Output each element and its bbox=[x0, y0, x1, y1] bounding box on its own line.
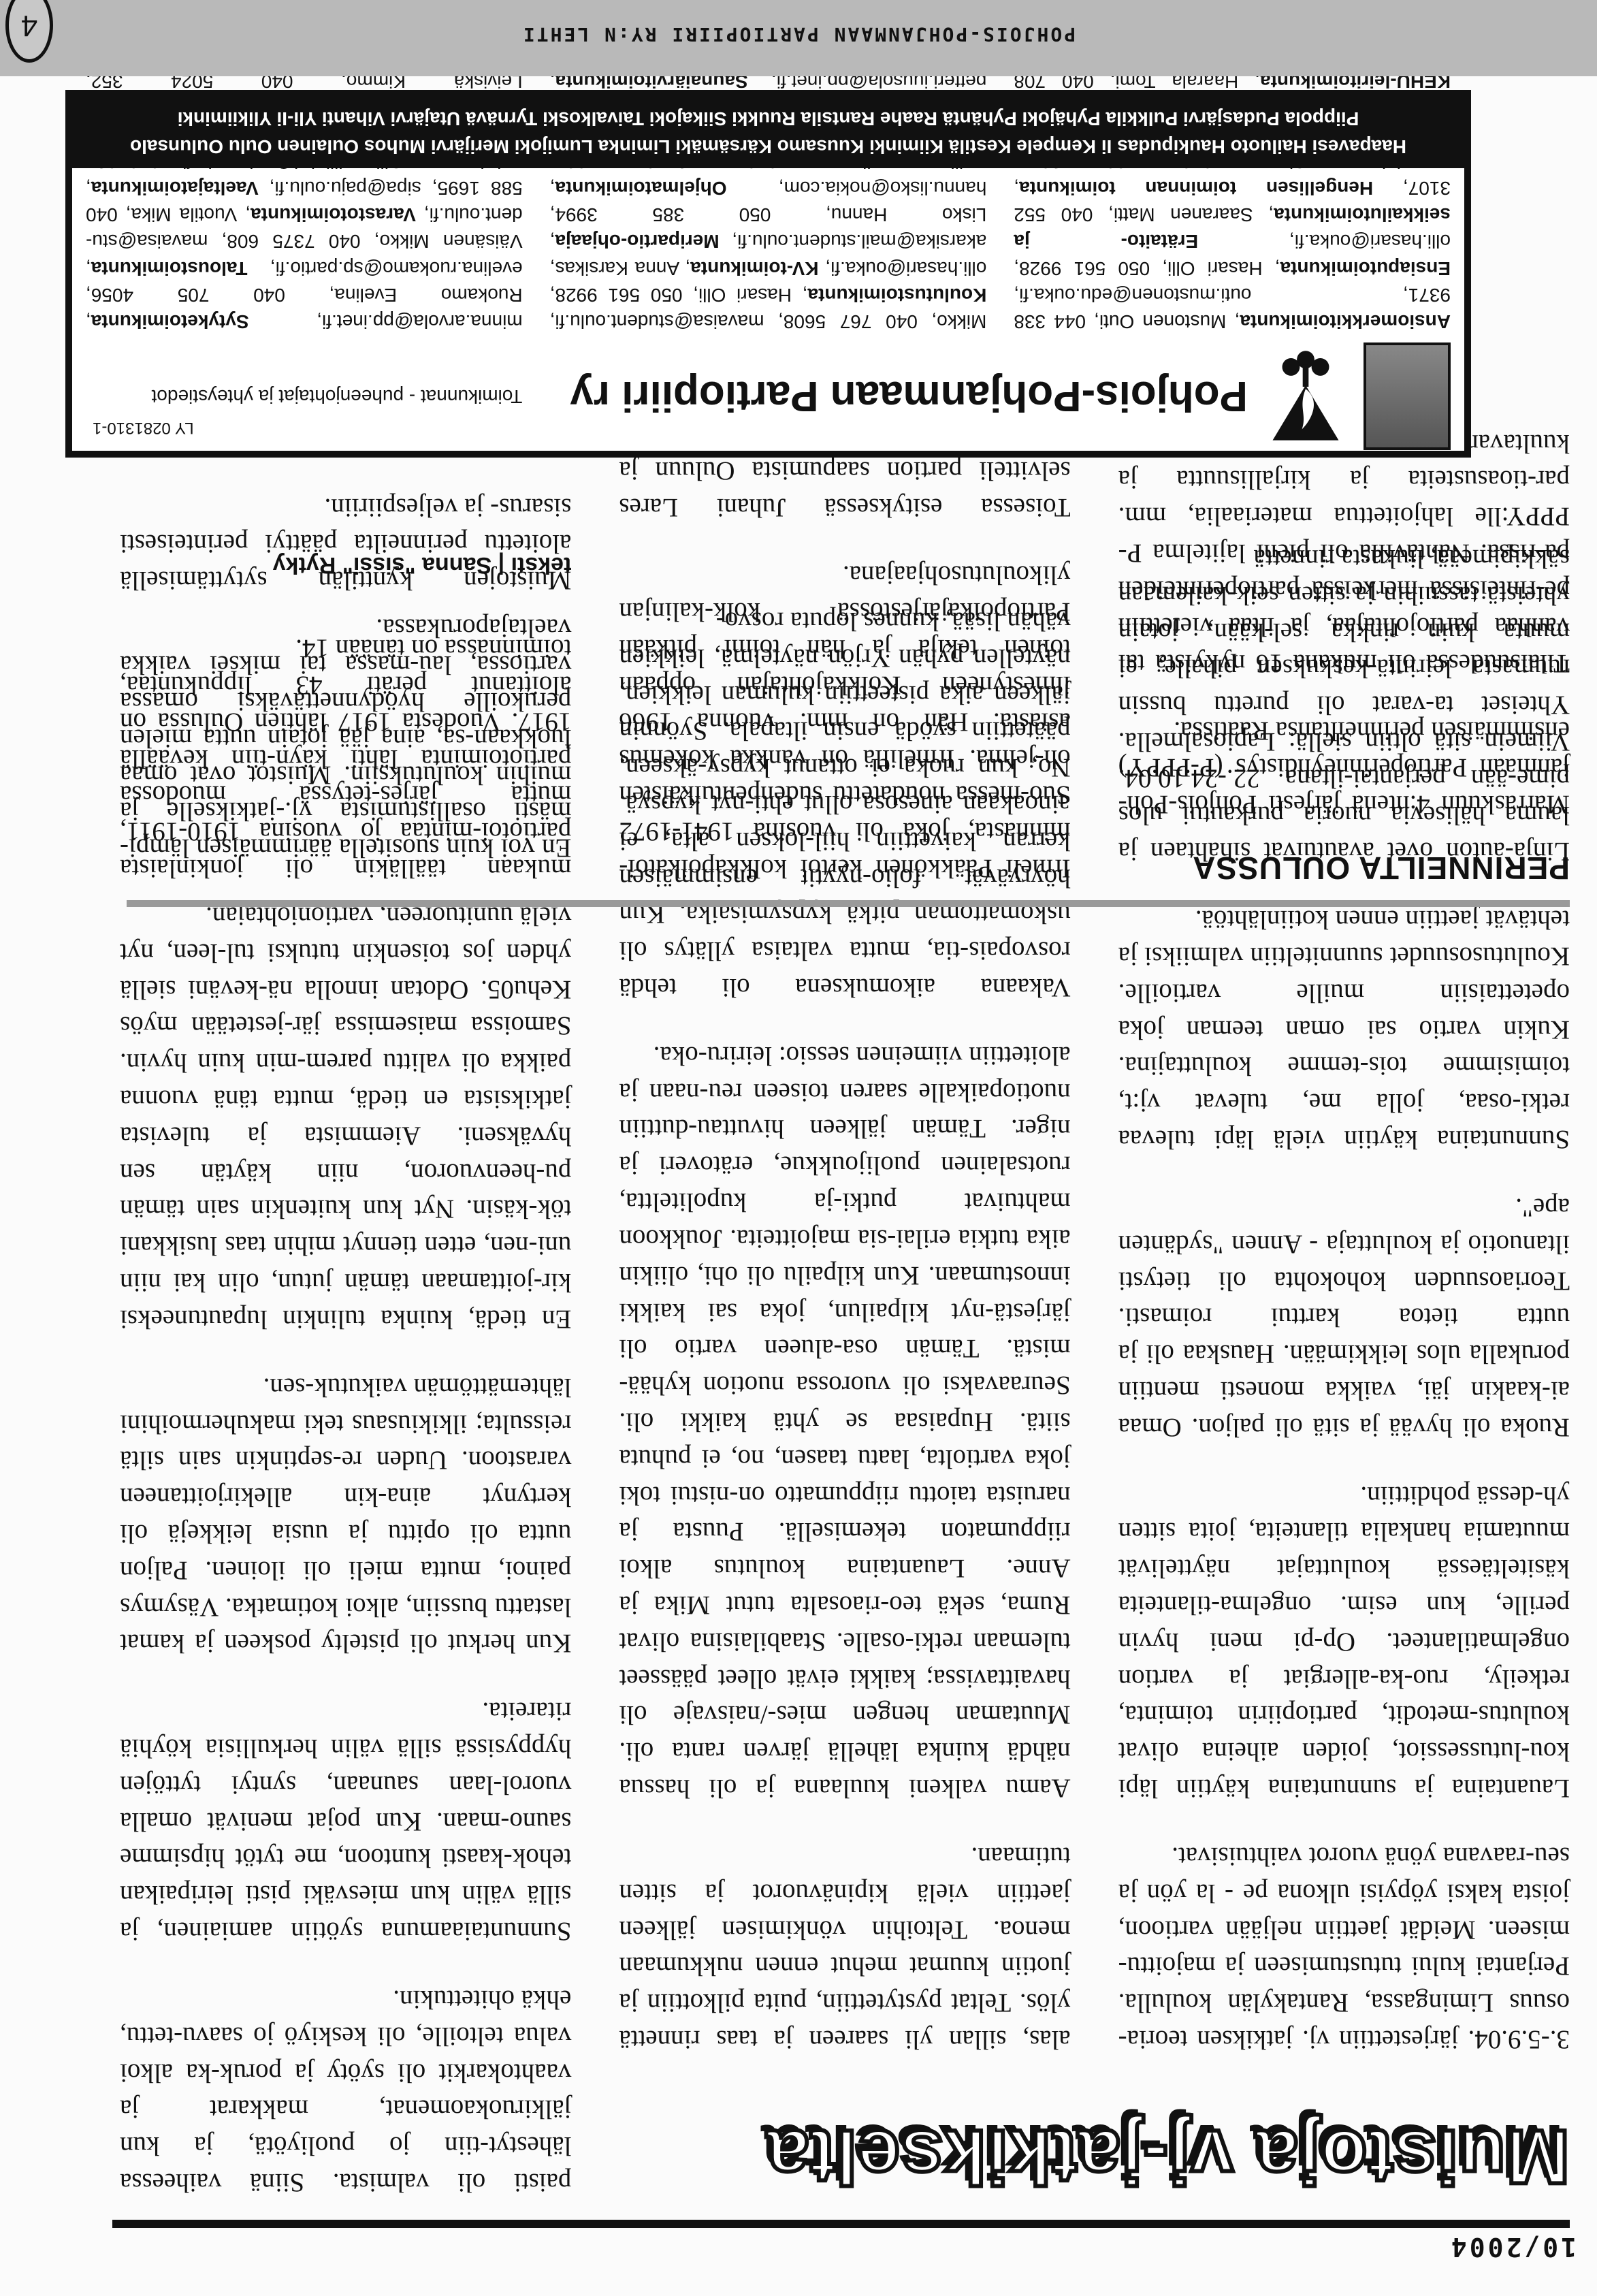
committee-name: Taloustoimikunta bbox=[91, 258, 248, 279]
paragraph: Irmeli Pääkkönen kertoi kolkkapoikatoi-m… bbox=[619, 557, 1070, 887]
issue-number: 10/2004 bbox=[1449, 2232, 1577, 2262]
committee-name: Erätaito- ja seikkailutoimikunta bbox=[1014, 204, 1451, 252]
committee-name: Ohjelmatoimikunta bbox=[555, 178, 726, 199]
camp-photo bbox=[1364, 342, 1451, 450]
paragraph: Sunnuntaiaamuna syötiin aamiainen, ja si… bbox=[120, 1693, 571, 1949]
municipalities-line: Piippola Pudasjärvi Pulkkila Pyhäjoki Py… bbox=[65, 105, 1471, 133]
paragraph: alas, sillan yli saareen ja taas rinnett… bbox=[619, 1838, 1070, 2058]
paragraph: Lauantaina ja sunnuntaina käytiin läpi k… bbox=[1118, 1477, 1570, 1806]
contacts-box: Pohjois-Pohjanmaan Partiopiiri ry Toimik… bbox=[65, 90, 1471, 458]
committee-name: Ensiaputoimikunta bbox=[1280, 258, 1451, 279]
district-name: Pohjois-Pohjanmaan Partiopiiri ry bbox=[570, 372, 1248, 421]
municipalities-band: Haapavesi Hailuoto Haukipudas Ii Kempele… bbox=[65, 90, 1471, 168]
committee-name: Hengellisen toiminnan toimikunta bbox=[1019, 178, 1373, 199]
committee-name: Ansiomerkkitoimikunta bbox=[1240, 311, 1451, 332]
paragraph: Kun herkut oli pistelty poskeen ja kamat… bbox=[120, 1369, 571, 1662]
paragraph: 3.-5.9.04. järjestettiin vj. jatkiksen t… bbox=[1118, 1838, 1570, 2058]
box-subtitle: Toimikunnat - puheenjohtajat ja yhteysti… bbox=[152, 385, 523, 407]
paragraph: Aamu valkeni kuulaana ja oli hassua nähd… bbox=[619, 1037, 1070, 1806]
newsletter-page: 10/2004 Muistoja vj-jatkikselta 3.-5.9.0… bbox=[0, 0, 1597, 2296]
paragraph: Tilaisuudessa oli mukana 16 nykyistä tai… bbox=[1118, 425, 1570, 682]
contacts-header: Pohjois-Pohjanmaan Partiopiiri ry Toimik… bbox=[72, 342, 1464, 451]
header-rule bbox=[112, 2220, 1570, 2228]
paragraph: En tiedä, kuinka tulinkin lupautuneeksi … bbox=[120, 897, 571, 1337]
paragraph: mukaan täälläkin oli jonkinlaista partio… bbox=[120, 630, 571, 887]
committee-name: Varastotoimikunta bbox=[251, 204, 416, 225]
page-number: 4 bbox=[5, 0, 53, 63]
scout-lily-icon bbox=[1268, 349, 1343, 444]
paragraph: paisti oli valmista. Siinä vaiheessa läh… bbox=[120, 1981, 571, 2201]
committee-name: Meripartio-ohjaaja bbox=[555, 231, 719, 252]
municipalities-line: Haapavesi Hailuoto Haukipudas Ii Kempele… bbox=[65, 132, 1471, 160]
paragraph: Sunnuntaina käytiin vielä läpi tulevaa r… bbox=[1118, 901, 1570, 1158]
paragraph: Marraskuun 4:ntenä järjesti Pohjois-Poh-… bbox=[1118, 713, 1570, 823]
paragraph: Ruoka oli hyvää ja sitä oli paljon. Omaa… bbox=[1118, 1189, 1570, 1446]
paragraph: Muistojen kynttilän sytyttämisellä aloit… bbox=[120, 489, 571, 599]
committee-name: Vaeltajatoimikunta bbox=[91, 178, 259, 199]
registration-number: LY 0281310-1 bbox=[93, 418, 194, 437]
publication-name: POHJOIS-POHJANMAAN PARTIOPIIRI RY:N LEHT… bbox=[0, 23, 1597, 46]
committee-name: Sytyketoimikunta bbox=[91, 311, 249, 332]
committee-name: KV-toimikunta bbox=[690, 258, 818, 279]
committee-name: Koulutustoimikunta bbox=[807, 285, 986, 306]
section-heading: PERINNEILTA OULUSSA bbox=[1118, 850, 1570, 887]
footer-band: POHJOIS-POHJANMAAN PARTIOPIIRI RY:N LEHT… bbox=[0, 0, 1597, 76]
section-divider bbox=[127, 900, 1570, 907]
